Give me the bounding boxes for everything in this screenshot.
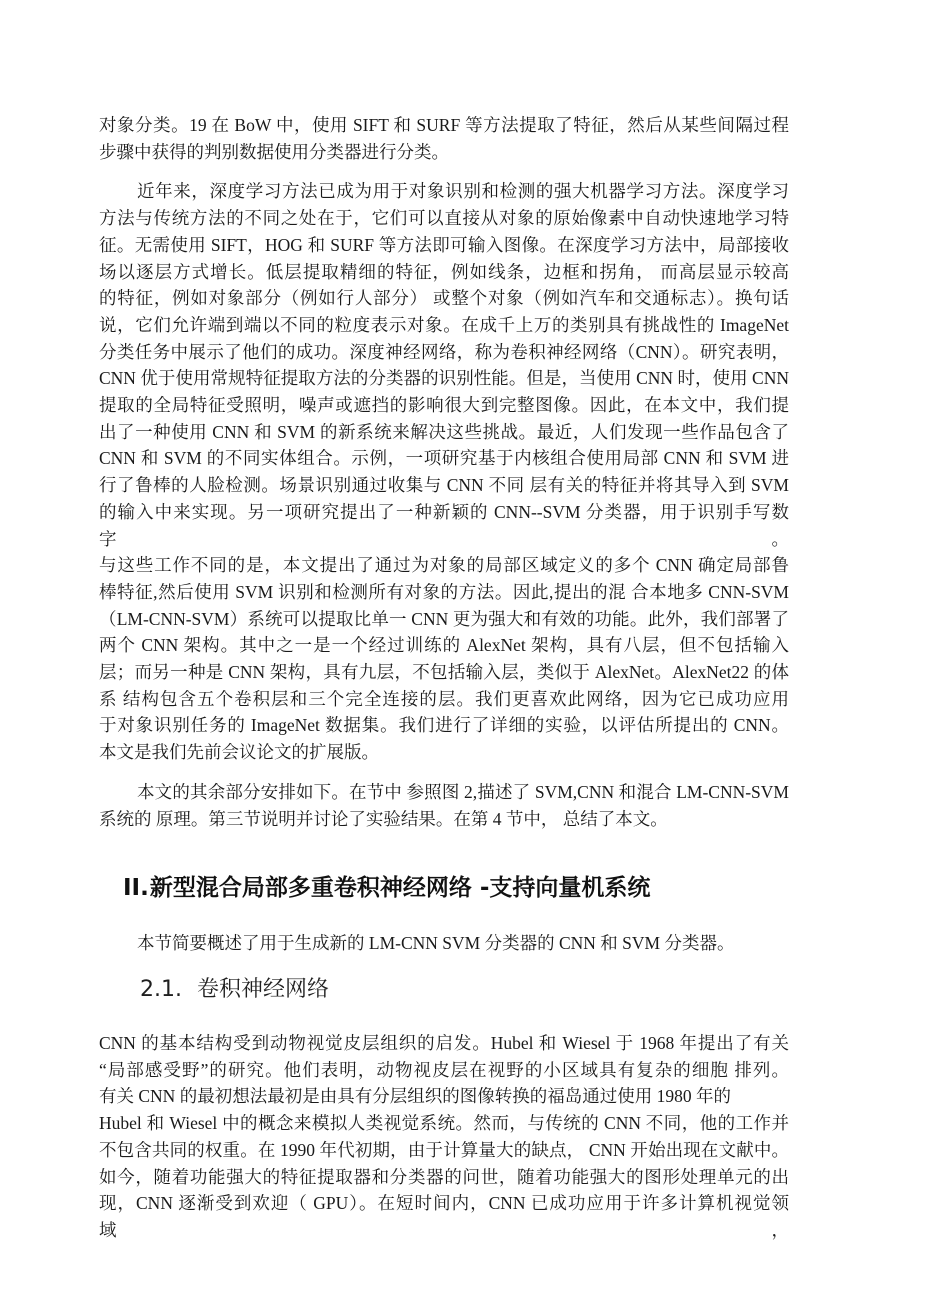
paragraph: 对象分类。19 在 BoW 中，使用 SIFT 和 SURF 等方法提取了特征，… bbox=[99, 112, 789, 165]
text-line: 与这些工作不同的是，本文提出了通过为对象的局部区域定义的多个 CNN 确定局部鲁 bbox=[99, 552, 789, 579]
text-line: 棒特征,然后使用 SVM 识别和检测所有对象的方法。因此,提出的混 合本地多 C… bbox=[99, 579, 789, 606]
text-line: 本文是我们先前会议论文的扩展版。 bbox=[99, 739, 789, 766]
paragraph: 近年来，深度学习方法已成为用于对象识别和检测的强大机器学习方法。深度学习方法与传… bbox=[99, 178, 789, 765]
text-line: 分类任务中展示了他们的成功。深度神经网络，称为卷积神经网络（CNN）。研究表明， bbox=[99, 339, 789, 366]
text-line: 于对象识别任务的 ImageNet 数据集。我们进行了详细的实验，以评估所提出的… bbox=[99, 712, 789, 739]
text-line: CNN 和 SVM 的不同实体组合。示例，一项研究基于内核组合使用局部 CNN … bbox=[99, 445, 789, 472]
document-page: 对象分类。19 在 BoW 中，使用 SIFT 和 SURF 等方法提取了特征，… bbox=[0, 0, 926, 1309]
text-line: 本文的其余部分安排如下。在节中 参照图 2,描述了 SVM,CNN 和混合 LM… bbox=[99, 779, 789, 806]
heading-number: II. bbox=[123, 875, 149, 901]
text-line: 近年来，深度学习方法已成为用于对象识别和检测的强大机器学习方法。深度学习 bbox=[99, 178, 789, 205]
text-line: Hubel 和 Wiesel 中的概念来模拟人类视觉系统。然而，与传统的 CNN… bbox=[99, 1110, 789, 1137]
text-line: 现，CNN 逐渐受到欢迎（ GPU）。在短时间内，CNN 已成功应用于许多计算机… bbox=[99, 1190, 789, 1243]
text-line: 出了一种使用 CNN 和 SVM 的新系统来解决这些挑战。最近，人们发现一些作品… bbox=[99, 419, 789, 446]
text-line: 的特征，例如对象部分（例如行人部分） 或整个对象（例如汽车和交通标志）。换句话 bbox=[99, 285, 789, 312]
text-line: 征。无需使用 SIFT，HOG 和 SURF 等方法即可输入图像。在深度学习方法… bbox=[99, 232, 789, 259]
text-line: 有关 CNN 的最初想法最初是由具有分层组织的图像转换的福岛通过使用 1980 … bbox=[99, 1083, 789, 1110]
text-line: 说，它们允许端到端以不同的粒度表示对象。在成千上万的类别具有挑战性的 Image… bbox=[99, 312, 789, 339]
text-line: CNN 优于使用常规特征提取方法的分类器的识别性能。但是，当使用 CNN 时，使… bbox=[99, 365, 789, 392]
text-line: “局部感受野”的研究。他们表明，动物视皮层在视野的小区域具有复杂的细胞 排列。 bbox=[99, 1057, 789, 1084]
text-line: 行了鲁棒的人脸检测。场景识别通过收集与 CNN 不同 层有关的特征并将其导入到 … bbox=[99, 472, 789, 499]
subsection-heading: 2.1.卷积神经网络 bbox=[140, 975, 789, 1005]
text-line: 本节简要概述了用于生成新的 LM-CNN SVM 分类器的 CNN 和 SVM … bbox=[99, 930, 789, 957]
text-line: 步骤中获得的判别数据使用分类器进行分类。 bbox=[99, 139, 789, 166]
text-line: 方法与传统方法的不同之处在于，它们可以直接从对象的原始像素中自动快速地学习特 bbox=[99, 205, 789, 232]
document-content: 对象分类。19 在 BoW 中，使用 SIFT 和 SURF 等方法提取了特征，… bbox=[99, 112, 789, 1257]
text-line: 的输入中来实现。另一项研究提出了一种新颖的 CNN--SVM 分类器，用于识别手… bbox=[99, 499, 789, 552]
text-line: 层；而另一种是 CNN 架构，具有九层，不包括输入层，类似于 AlexNet。A… bbox=[99, 659, 789, 686]
heading-number: 2.1. bbox=[140, 977, 182, 1002]
paragraph: 本节简要概述了用于生成新的 LM-CNN SVM 分类器的 CNN 和 SVM … bbox=[99, 930, 789, 957]
text-line: 不包含共同的权重。在 1990 年代初期，由于计算量大的缺点， CNN 开始出现… bbox=[99, 1137, 789, 1164]
paragraph: CNN 的基本结构受到动物视觉皮层组织的启发。Hubel 和 Wiesel 于 … bbox=[99, 1030, 789, 1244]
text-line: 系 结构包含五个卷积层和三个完全连接的层。我们更喜欢此网络，因为它已成功应用 bbox=[99, 686, 789, 713]
text-line: （LM-CNN-SVM）系统可以提取比单一 CNN 更为强大和有效的功能。此外，… bbox=[99, 606, 789, 633]
text-line: 提取的全局特征受照明，噪声或遮挡的影响很大到完整图像。因此，在本文中，我们提 bbox=[99, 392, 789, 419]
heading-title: 新型混合局部多重卷积神经网络 -支持向量机系统 bbox=[150, 875, 651, 901]
text-line: CNN 的基本结构受到动物视觉皮层组织的启发。Hubel 和 Wiesel 于 … bbox=[99, 1030, 789, 1057]
text-line: 两个 CNN 架构。其中之一是一个经过训练的 AlexNet 架构，具有八层，但… bbox=[99, 632, 789, 659]
section-heading: II.新型混合局部多重卷积神经网络 -支持向量机系统 bbox=[123, 872, 789, 904]
text-line: 系统的 原理。第三节说明并讨论了实验结果。在第 4 节中， 总结了本文。 bbox=[99, 806, 789, 833]
text-line: 对象分类。19 在 BoW 中，使用 SIFT 和 SURF 等方法提取了特征，… bbox=[99, 112, 789, 139]
text-line: 如今，随着功能强大的特征提取器和分类器的问世，随着功能强大的图形处理单元的出 bbox=[99, 1164, 789, 1191]
heading-title: 卷积神经网络 bbox=[197, 977, 329, 1002]
text-line: 场以逐层方式增长。低层提取精细的特征，例如线条，边框和拐角， 而高层显示较高 bbox=[99, 259, 789, 286]
paragraph: 本文的其余部分安排如下。在节中 参照图 2,描述了 SVM,CNN 和混合 LM… bbox=[99, 779, 789, 832]
